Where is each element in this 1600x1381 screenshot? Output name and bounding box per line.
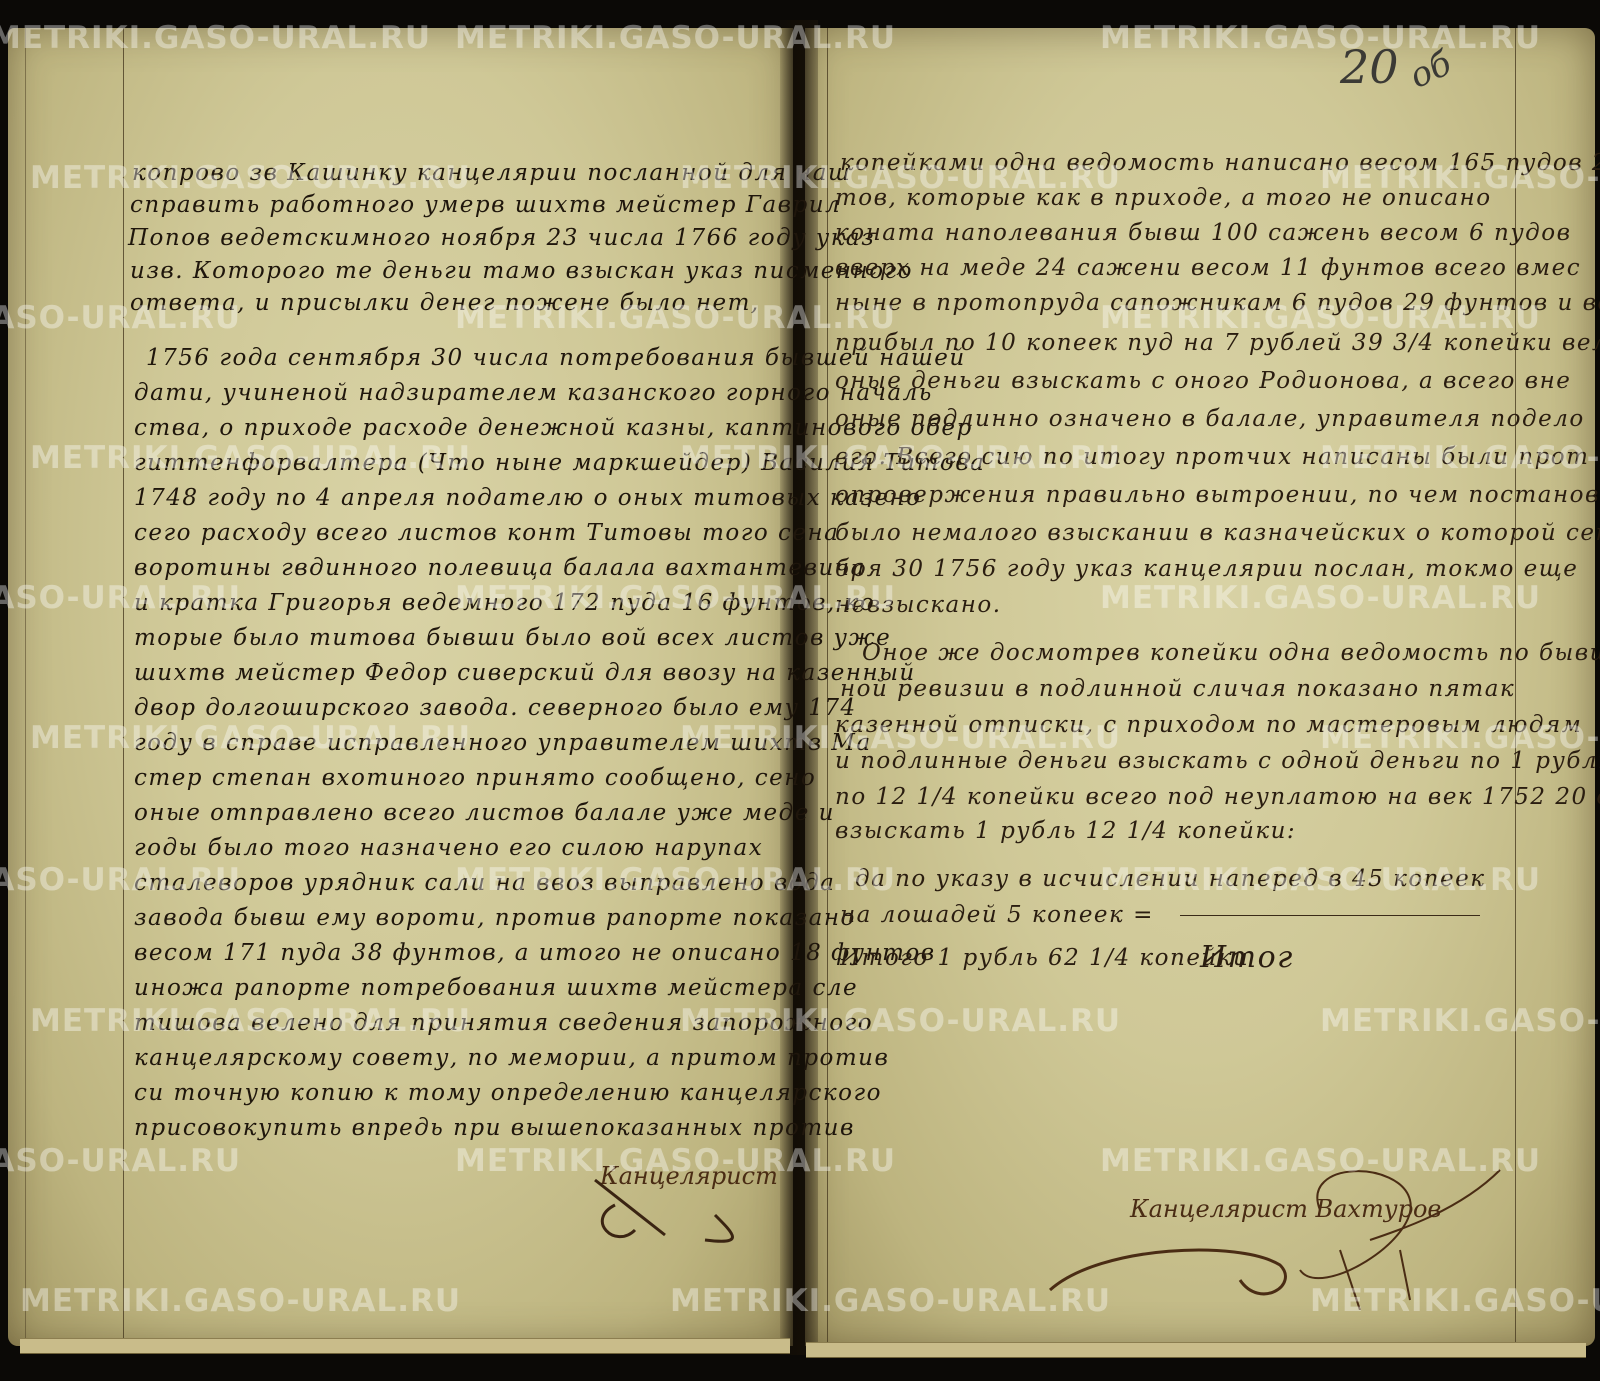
handwritten-total-line: Итого 1 рубль 62 1/4 копейки — [840, 945, 1249, 971]
handwritten-line: стер степан вхотиного принято сообщено, … — [134, 765, 816, 791]
manuscript-spread: 20 об копрово зв Кашинку канцелярии посл… — [0, 0, 1600, 1381]
watermark: METRIKI.GASO-URAL.RU — [1320, 160, 1600, 196]
watermark: METRIKI.GASO-URAL.RU — [1320, 440, 1600, 476]
handwritten-line: оные подлинно означено в балале, управит… — [835, 406, 1585, 432]
handwritten-line: двор долгоширского завода. северного был… — [134, 695, 857, 721]
watermark: METRIKI.GASO-URAL.RU — [1310, 1283, 1600, 1319]
handwritten-line: завода бывш ему вороти, против рапорте п… — [134, 905, 856, 931]
handwritten-line: присовокупить впредь при вышепоказанных … — [134, 1115, 855, 1141]
left-page-bottom-edge — [20, 1338, 790, 1354]
handwritten-line: было немалого взыскании в казначейских о… — [835, 520, 1600, 546]
handwritten-line: оные отправлено всего листов балале уже … — [134, 800, 835, 826]
watermark: METRIKI.GASO-URAL.RU — [670, 1283, 1111, 1319]
watermark: METRIKI.GASO-URAL.RU — [1320, 1003, 1600, 1039]
handwritten-line: Оное же досмотрев копейки одна ведомость… — [862, 640, 1600, 666]
watermark: METRIKI.GASO-URAL.RU — [680, 440, 1121, 476]
watermark: METRIKI.GASO-URAL.RU — [1100, 300, 1541, 336]
handwritten-line: си точную копию к тому определению канце… — [134, 1080, 882, 1106]
handwritten-line: сего расходу всего листов конт Титовы то… — [134, 520, 839, 546]
watermark: METRIKI.GASO-URAL.RU — [1100, 580, 1541, 616]
watermark: METRIKI.GASO-URAL.RU — [20, 1283, 461, 1319]
watermark: METRIKI.GASO-URAL.RU — [0, 862, 241, 898]
handwritten-line: бря 30 1756 году указ канцелярии послан,… — [835, 556, 1578, 582]
watermark: METRIKI.GASO-URAL.RU — [30, 1003, 471, 1039]
handwritten-line: дати, учиненой надзирателем казанского г… — [134, 380, 933, 406]
watermark: METRIKI.GASO-URAL.RU — [455, 862, 896, 898]
handwritten-line: иножа рапорте потребования шихтв мейстер… — [134, 975, 858, 1001]
sum-rule-line — [1180, 915, 1480, 916]
watermark: METRIKI.GASO-URAL.RU — [0, 20, 431, 56]
watermark: METRIKI.GASO-URAL.RU — [680, 160, 1121, 196]
watermark: METRIKI.GASO-URAL.RU — [1320, 720, 1600, 756]
handwritten-line: торые было титова бывши было вой всех ли… — [134, 625, 891, 651]
handwritten-line: шихтв мейстер Федор сиверский для ввозу … — [134, 660, 916, 686]
handwritten-line: ной ревизии в подлинной сличая показано … — [840, 676, 1515, 702]
handwritten-line: взыскать 1 рубль 12 1/4 копейки: — [835, 818, 1296, 844]
watermark: METRIKI.GASO-URAL.RU — [1100, 20, 1541, 56]
handwritten-line: изв. Которого те деньги тамо взыскан ука… — [130, 258, 913, 284]
handwritten-line: воротины гвдинного полевица балала вахта… — [134, 555, 866, 581]
watermark: METRIKI.GASO-URAL.RU — [1100, 862, 1541, 898]
watermark: METRIKI.GASO-URAL.RU — [30, 160, 471, 196]
handwritten-line: 1748 году по 4 апреля подателю о оных ти… — [134, 485, 922, 511]
watermark: METRIKI.GASO-URAL.RU — [30, 440, 471, 476]
handwritten-line: опровержения правильно вытроении, по чем… — [835, 482, 1600, 508]
handwritten-line: по 12 1/4 копейки всего под неуплатою на… — [835, 784, 1600, 810]
watermark: METRIKI.GASO-URAL.RU — [0, 580, 241, 616]
watermark: METRIKI.GASO-URAL.RU — [0, 300, 241, 336]
handwritten-line: вверх на меде 24 сажени весом 11 фунтов … — [835, 255, 1581, 281]
handwritten-line: Попов ведетскимного ноября 23 числа 1766… — [128, 225, 875, 251]
watermark: METRIKI.GASO-URAL.RU — [1100, 1143, 1541, 1179]
handwritten-line: коната наполевания бывш 100 сажень весом… — [835, 220, 1571, 246]
handwritten-line: оные деньги взыскать с оного Родионова, … — [835, 368, 1571, 394]
handwritten-line: канцелярскому совету, по мемории, а прит… — [134, 1045, 889, 1071]
right-page-bottom-edge — [806, 1342, 1586, 1358]
total-mark: Итог — [1200, 940, 1294, 975]
handwritten-line: весом 171 пуда 38 фунтов, а итого не опи… — [134, 940, 936, 966]
watermark: METRIKI.GASO-URAL.RU — [0, 1143, 241, 1179]
watermark: METRIKI.GASO-URAL.RU — [680, 720, 1121, 756]
watermark: METRIKI.GASO-URAL.RU — [455, 580, 896, 616]
watermark: METRIKI.GASO-URAL.RU — [455, 300, 896, 336]
watermark: METRIKI.GASO-URAL.RU — [455, 1143, 896, 1179]
handwritten-line: на лошадей 5 копеек = — [840, 902, 1154, 928]
handwritten-line: годы было того назначено его силою наруп… — [134, 835, 763, 861]
watermark: METRIKI.GASO-URAL.RU — [455, 20, 896, 56]
watermark: METRIKI.GASO-URAL.RU — [680, 1003, 1121, 1039]
watermark: METRIKI.GASO-URAL.RU — [30, 720, 471, 756]
